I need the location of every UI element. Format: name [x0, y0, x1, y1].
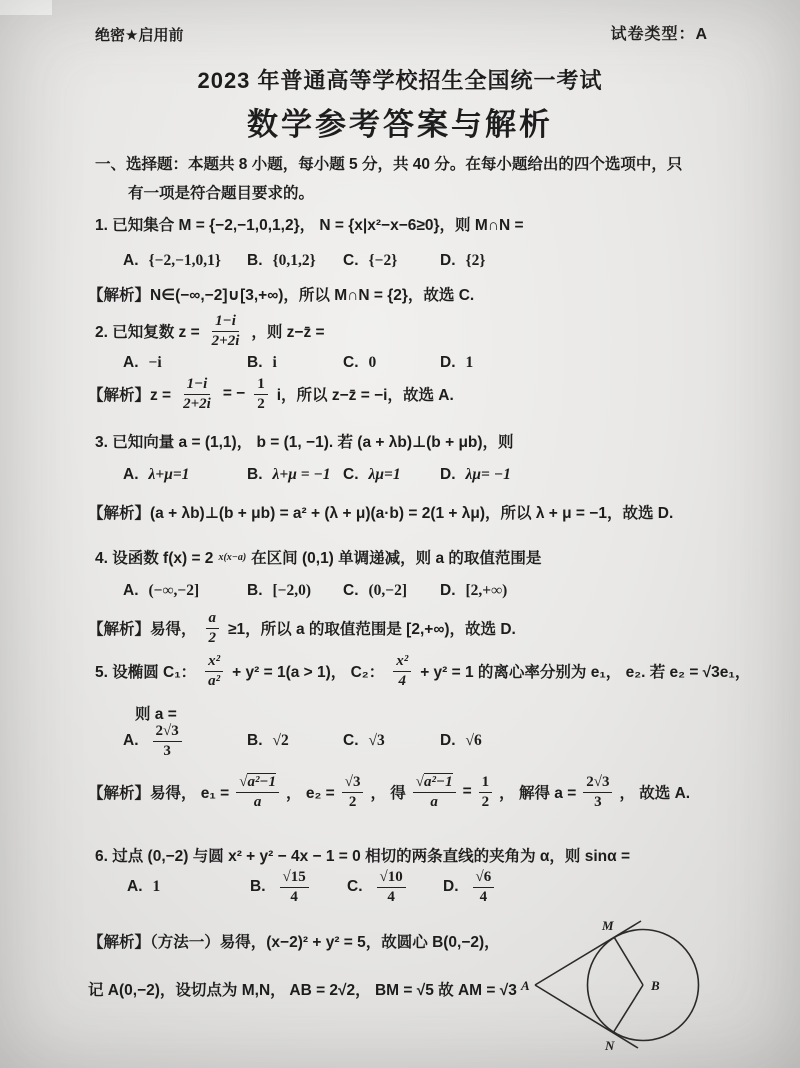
q5-solution-text: ， 故选 A.	[619, 781, 690, 803]
answer-key-title: 数学参考答案与解析	[0, 99, 800, 144]
option-value: (−∞,−2]	[149, 582, 200, 600]
q3-option-a: A.λ+μ=1	[123, 462, 189, 488]
q6-option-b: B.√154	[250, 864, 313, 910]
option-label: A.	[127, 878, 143, 896]
q4-stem-text: 4. 设函数 f(x) = 2	[95, 546, 213, 568]
q1-options: A.{−2,−1,0,1} B.{0,1,2} C.{−2} D.{2}	[0, 248, 800, 274]
fraction: 12	[254, 375, 268, 414]
option-label: A.	[123, 354, 139, 372]
option-label: B.	[247, 732, 263, 750]
q4-solution-text: ≥1，所以 a 的取值范围是 [2,+∞)，故选 D.	[228, 617, 516, 639]
option-label: D.	[440, 732, 456, 750]
q3-option-c: C.λμ=1	[343, 462, 401, 488]
q3-stem: 3. 已知向量 a = (1,1)， b = (1, −1). 若 (a + λ…	[95, 430, 514, 452]
q5-options: A.2√33 B.√2 C.√3 D.√6	[0, 718, 800, 764]
q5-option-d: D.√6	[440, 718, 482, 764]
fraction: 2√33	[583, 773, 612, 812]
option-label: A.	[123, 252, 139, 270]
option-value: [−2,0)	[273, 582, 312, 600]
option-value: {−2,−1,0,1}	[149, 252, 222, 270]
q5-solution-text: ， 解得 a =	[499, 781, 576, 803]
q1-stem: 1. 已知集合 M = {−2,−1,0,1,2}， N = {x|x²−x−6…	[95, 213, 524, 235]
fraction-sqrt: √a²−1a	[413, 773, 456, 812]
sqrt-sign: √	[416, 774, 424, 790]
q4-stem: 4. 设函数 f(x) = 2x(x−a) 在区间 (0,1) 单调递减，则 a…	[95, 545, 541, 569]
q5-stem-text: 5. 设椭圆 C₁：	[95, 660, 196, 682]
q5-solution-text: ， e₂ =	[286, 781, 335, 803]
fraction: √64	[473, 868, 495, 907]
q4-option-a: A.(−∞,−2]	[123, 578, 199, 604]
q3-solution: 【解析】(a + λb)⊥(b + μb) = a² + (λ + μ)(a·b…	[88, 501, 673, 523]
option-value: λμ= −1	[466, 466, 511, 484]
option-value: (0,−2]	[369, 582, 408, 600]
q3-option-d: D.λμ= −1	[440, 462, 511, 488]
option-value: {0,1,2}	[273, 252, 316, 270]
fraction: a2	[206, 609, 220, 648]
q6-option-d: D.√64	[443, 864, 498, 910]
q5-solution-text: ， 得	[370, 781, 405, 803]
q5-solution-text: 【解析】易得， e₁ =	[88, 781, 229, 803]
q3-option-b: B.λ+μ = −1	[247, 462, 331, 488]
option-value: √2	[273, 732, 289, 750]
fraction: 2√33	[153, 722, 182, 761]
scan-corner-highlight	[0, 0, 52, 15]
fraction: √104	[377, 868, 406, 907]
fraction: x²a²	[205, 652, 223, 691]
fraction: x²4	[393, 652, 411, 691]
q5-stem: 5. 设椭圆 C₁： x²a² + y² = 1(a > 1)， C₂： x²4…	[95, 648, 750, 694]
option-value: √6	[466, 732, 482, 750]
option-value: i	[273, 354, 277, 372]
option-label: C.	[343, 582, 359, 600]
q2-solution: 【解析】z = 1−i2+2i = − 12 i，所以 z−z̄ = −i，故选…	[88, 371, 454, 417]
option-value: λ+μ = −1	[273, 466, 331, 484]
fraction: 1−i2+2i	[180, 375, 214, 414]
paper-type: 试卷类型：A	[610, 21, 708, 44]
q5-solution-text: =	[463, 783, 472, 801]
fraction: √154	[280, 868, 309, 907]
q6-option-c: C.√104	[347, 864, 410, 910]
option-label: C.	[343, 252, 359, 270]
fraction: 1−i2+2i	[209, 312, 243, 351]
option-label: A.	[123, 466, 139, 484]
option-label: B.	[247, 354, 263, 372]
point-label-b: B	[650, 978, 660, 993]
option-value: λ+μ=1	[149, 466, 190, 484]
option-label: B.	[247, 466, 263, 484]
q1-option-a: A.{−2,−1,0,1}	[123, 248, 221, 274]
q2-stem-text: 2. 已知复数 z =	[95, 320, 200, 342]
q5-option-b: B.√2	[247, 718, 289, 764]
q1-option-d: D.{2}	[440, 248, 485, 274]
option-value: √3	[369, 732, 385, 750]
option-label: C.	[343, 466, 359, 484]
q5-option-c: C.√3	[343, 718, 385, 764]
option-value: λμ=1	[369, 466, 401, 484]
q5-solution: 【解析】易得， e₁ = √a²−1a ， e₂ = √32 ， 得 √a²−1…	[88, 768, 690, 816]
q4-option-c: C.(0,−2]	[343, 578, 407, 604]
point-label-n: N	[604, 1038, 615, 1053]
section-instructions-line1: 一、选择题：本题共 8 小题，每小题 5 分，共 40 分。在每小题给出的四个选…	[95, 152, 682, 174]
point-label-m: M	[601, 918, 614, 933]
q4-options: A.(−∞,−2] B.[−2,0) C.(0,−2] D.[2,+∞)	[0, 578, 800, 604]
q1-option-c: C.{−2}	[343, 248, 397, 274]
option-label: B.	[247, 582, 263, 600]
fraction-sqrt: √a²−1a	[236, 773, 279, 812]
option-label: D.	[440, 354, 456, 372]
option-label: B.	[250, 878, 266, 896]
q1-solution: 【解析】N∈(−∞,−2]∪[3,+∞)，所以 M∩N = {2}，故选 C.	[88, 283, 474, 305]
section-instructions-line2: 有一项是符合题目要求的。	[128, 181, 314, 203]
q3-options: A.λ+μ=1 B.λ+μ = −1 C.λμ=1 D.λμ= −1	[0, 462, 800, 488]
q6-solution-line1: 【解析】（方法一）易得，(x−2)² + y² = 5，故圆心 B(0,−2)，	[88, 930, 500, 952]
option-value: 0	[369, 354, 377, 372]
q2-stem-text: ，则 z−z̄ =	[251, 320, 324, 342]
option-value: −i	[149, 354, 162, 372]
option-label: A.	[123, 582, 139, 600]
q6-solution-line2: 记 A(0,−2)，设切点为 M,N， AB = 2√2， BM = √5 故 …	[88, 978, 517, 1000]
q4-exponent: x(x−a)	[218, 552, 246, 563]
radius-bn	[613, 985, 643, 1033]
q5-stem-text: + y² = 1 的离心率分别为 e₁， e₂. 若 e₂ = √3e₁，	[420, 660, 750, 682]
q6-stem: 6. 过点 (0,−2) 与圆 x² + y² − 4x − 1 = 0 相切的…	[95, 844, 630, 866]
exam-title: 2023 年普通高等学校招生全国统一考试	[0, 64, 800, 95]
security-classification: 绝密★启用前	[95, 24, 183, 45]
option-label: D.	[440, 466, 456, 484]
q5-option-a: A.2√33	[123, 718, 186, 764]
q2-solution-text: = −	[223, 385, 245, 403]
option-label: D.	[440, 582, 456, 600]
q2-solution-text: i，所以 z−z̄ = −i，故选 A.	[277, 383, 454, 405]
fraction: 12	[479, 773, 493, 812]
q1-option-b: B.{0,1,2}	[247, 248, 316, 274]
q4-solution-text: 【解析】易得，	[88, 617, 197, 639]
tangent-circle-diagram: A M B N	[513, 886, 723, 1066]
option-label: D.	[440, 252, 456, 270]
exam-answer-sheet-page: 绝密★启用前 试卷类型：A 2023 年普通高等学校招生全国统一考试 数学参考答…	[0, 0, 800, 1068]
option-label: D.	[443, 878, 459, 896]
option-value: [2,+∞)	[466, 582, 508, 600]
q6-option-a: A.1	[127, 864, 160, 910]
q4-option-d: D.[2,+∞)	[440, 578, 507, 604]
option-value: 1	[466, 354, 474, 372]
option-label: C.	[343, 354, 359, 372]
option-label: A.	[123, 732, 139, 750]
option-label: C.	[343, 732, 359, 750]
q2-stem: 2. 已知复数 z = 1−i2+2i ，则 z−z̄ =	[95, 308, 325, 354]
q4-stem-text: 在区间 (0,1) 单调递减，则 a 的取值范围是	[251, 546, 541, 568]
point-label-a: A	[520, 978, 530, 993]
option-value: 1	[153, 878, 161, 896]
option-label: C.	[347, 878, 363, 896]
option-value: {−2}	[369, 252, 398, 270]
q5-stem-text: + y² = 1(a > 1)， C₂：	[232, 660, 384, 682]
option-label: B.	[247, 252, 263, 270]
fraction: √32	[342, 773, 364, 812]
q4-option-b: B.[−2,0)	[247, 578, 311, 604]
q4-solution: 【解析】易得， a2 ≥1，所以 a 的取值范围是 [2,+∞)，故选 D.	[88, 607, 516, 649]
option-value: {2}	[466, 252, 486, 270]
radius-bm	[614, 937, 643, 985]
q2-solution-text: 【解析】z =	[88, 383, 171, 405]
